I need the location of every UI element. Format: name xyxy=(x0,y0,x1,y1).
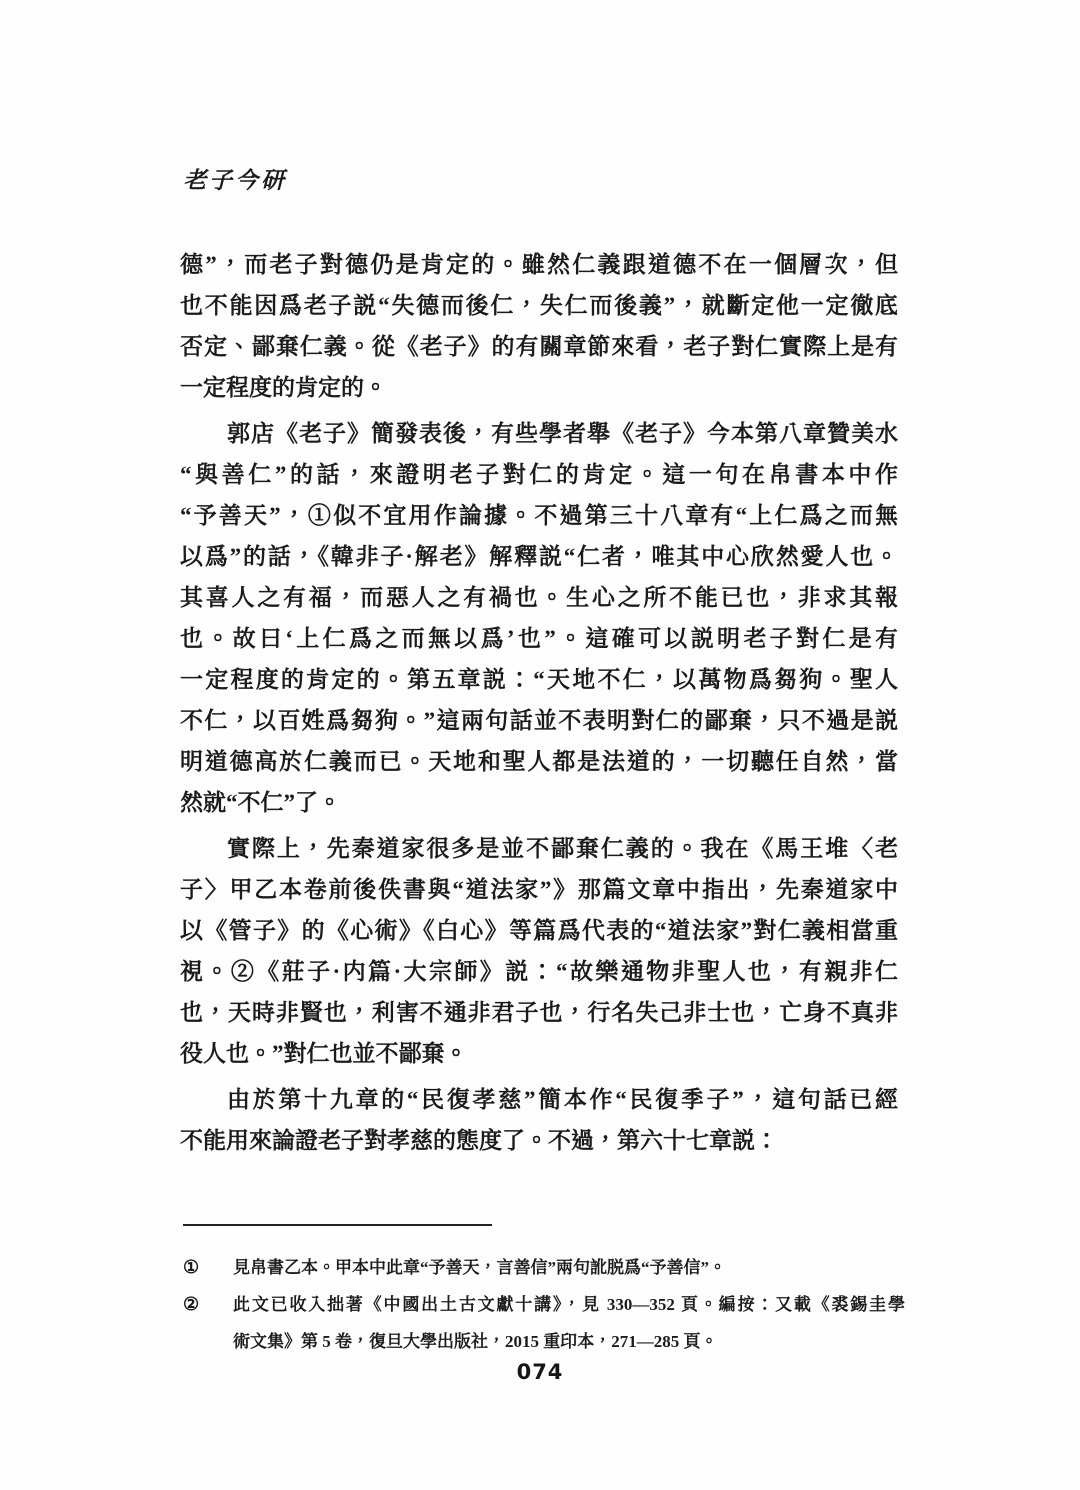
footnote-line: 此文已收入拙著《中國出土古文獻十講》，見 330—352 頁。編按：又載《裘錫圭… xyxy=(233,1286,905,1323)
text-line: 役人也。”對仁也並不鄙棄。 xyxy=(180,1033,898,1074)
paragraph: 實際上，先秦道家很多是並不鄙棄仁義的。我在《馬王堆〈老子〉甲乙本卷前後佚書與“道… xyxy=(180,828,898,1074)
page-number: 074 xyxy=(0,1360,1080,1384)
text-line: 由於第十九章的“民復孝慈”簡本作“民復季子”，這句話已經 xyxy=(180,1079,898,1120)
footnote-line: 見帛書乙本。甲本中此章“予善天，言善信”兩句訛脱爲“予善信”。 xyxy=(233,1249,905,1286)
book-page: 老子今研 德”，而老子對德仍是肯定的。雖然仁義跟道德不在一個層次，但也不能因爲老… xyxy=(0,0,1080,1490)
footnote: ②此文已收入拙著《中國出土古文獻十講》，見 330—352 頁。編按：又載《裘錫… xyxy=(183,1286,905,1360)
text-line: “與善仁”的話，來證明老子對仁的肯定。這一句在帛書本中作 xyxy=(180,454,898,495)
text-line: 明道德高於仁義而已。天地和聖人都是法道的，一切聽任自然，當 xyxy=(180,741,898,782)
text-line: “予善天”，①似不宜用作論據。不過第三十八章有“上仁爲之而無 xyxy=(180,495,898,536)
text-line: 德”，而老子對德仍是肯定的。雖然仁義跟道德不在一個層次，但 xyxy=(180,244,898,285)
paragraph: 郭店《老子》簡發表後，有些學者舉《老子》今本第八章贊美水“與善仁”的話，來證明老… xyxy=(180,413,898,823)
text-line: 一定程度的肯定的。第五章説：“天地不仁，以萬物爲芻狗。聖人 xyxy=(180,659,898,700)
text-line: 也。故曰‘上仁爲之而無以爲’也”。這確可以説明老子對仁是有 xyxy=(180,618,898,659)
text-line: 一定程度的肯定的。 xyxy=(180,367,898,408)
footnote-marker: ① xyxy=(183,1249,233,1286)
footnotes: ①見帛書乙本。甲本中此章“予善天，言善信”兩句訛脱爲“予善信”。②此文已收入拙著… xyxy=(183,1249,905,1360)
text-line: 否定、鄙棄仁義。從《老子》的有關章節來看，老子對仁實際上是有 xyxy=(180,326,898,367)
text-line: 以《管子》的《心術》《白心》等篇爲代表的“道法家”對仁義相當重 xyxy=(180,910,898,951)
text-line: 以爲”的話，《韓非子·解老》解釋説“仁者，唯其中心欣然愛人也。 xyxy=(180,536,898,577)
text-line: 其喜人之有福，而惡人之有禍也。生心之所不能已也，非求其報 xyxy=(180,577,898,618)
paragraph: 由於第十九章的“民復孝慈”簡本作“民復季子”，這句話已經不能用來論證老子對孝慈的… xyxy=(180,1079,898,1161)
text-line: 也不能因爲老子説“失德而後仁，失仁而後義”，就斷定他一定徹底 xyxy=(180,285,898,326)
paragraph: 德”，而老子對德仍是肯定的。雖然仁義跟道德不在一個層次，但也不能因爲老子説“失德… xyxy=(180,244,898,408)
text-line: 不能用來論證老子對孝慈的態度了。不過，第六十七章説： xyxy=(180,1120,898,1161)
footnote-line: 術文集》第 5 卷，復旦大學出版社，2015 重印本，271—285 頁。 xyxy=(233,1323,905,1360)
running-header: 老子今研 xyxy=(183,162,287,195)
body-text: 德”，而老子對德仍是肯定的。雖然仁義跟道德不在一個層次，但也不能因爲老子説“失德… xyxy=(180,244,898,1166)
text-line: 子〉甲乙本卷前後佚書與“道法家”》那篇文章中指出，先秦道家中 xyxy=(180,869,898,910)
text-line: 視。②《莊子·内篇·大宗師》説：“故樂通物非聖人也，有親非仁 xyxy=(180,951,898,992)
footnote: ①見帛書乙本。甲本中此章“予善天，言善信”兩句訛脱爲“予善信”。 xyxy=(183,1249,905,1286)
text-line: 也，天時非賢也，利害不通非君子也，行名失己非士也，亡身不真非 xyxy=(180,992,898,1033)
text-line: 實際上，先秦道家很多是並不鄙棄仁義的。我在《馬王堆〈老 xyxy=(180,828,898,869)
footnote-marker: ② xyxy=(183,1286,233,1360)
text-line: 不仁，以百姓爲芻狗。”這兩句話並不表明對仁的鄙棄，只不過是説 xyxy=(180,700,898,741)
text-line: 然就“不仁”了。 xyxy=(180,782,898,823)
text-line: 郭店《老子》簡發表後，有些學者舉《老子》今本第八章贊美水 xyxy=(180,413,898,454)
footnote-text: 此文已收入拙著《中國出土古文獻十講》，見 330—352 頁。編按：又載《裘錫圭… xyxy=(233,1286,905,1360)
footnote-divider xyxy=(183,1224,492,1226)
footnote-text: 見帛書乙本。甲本中此章“予善天，言善信”兩句訛脱爲“予善信”。 xyxy=(233,1249,905,1286)
